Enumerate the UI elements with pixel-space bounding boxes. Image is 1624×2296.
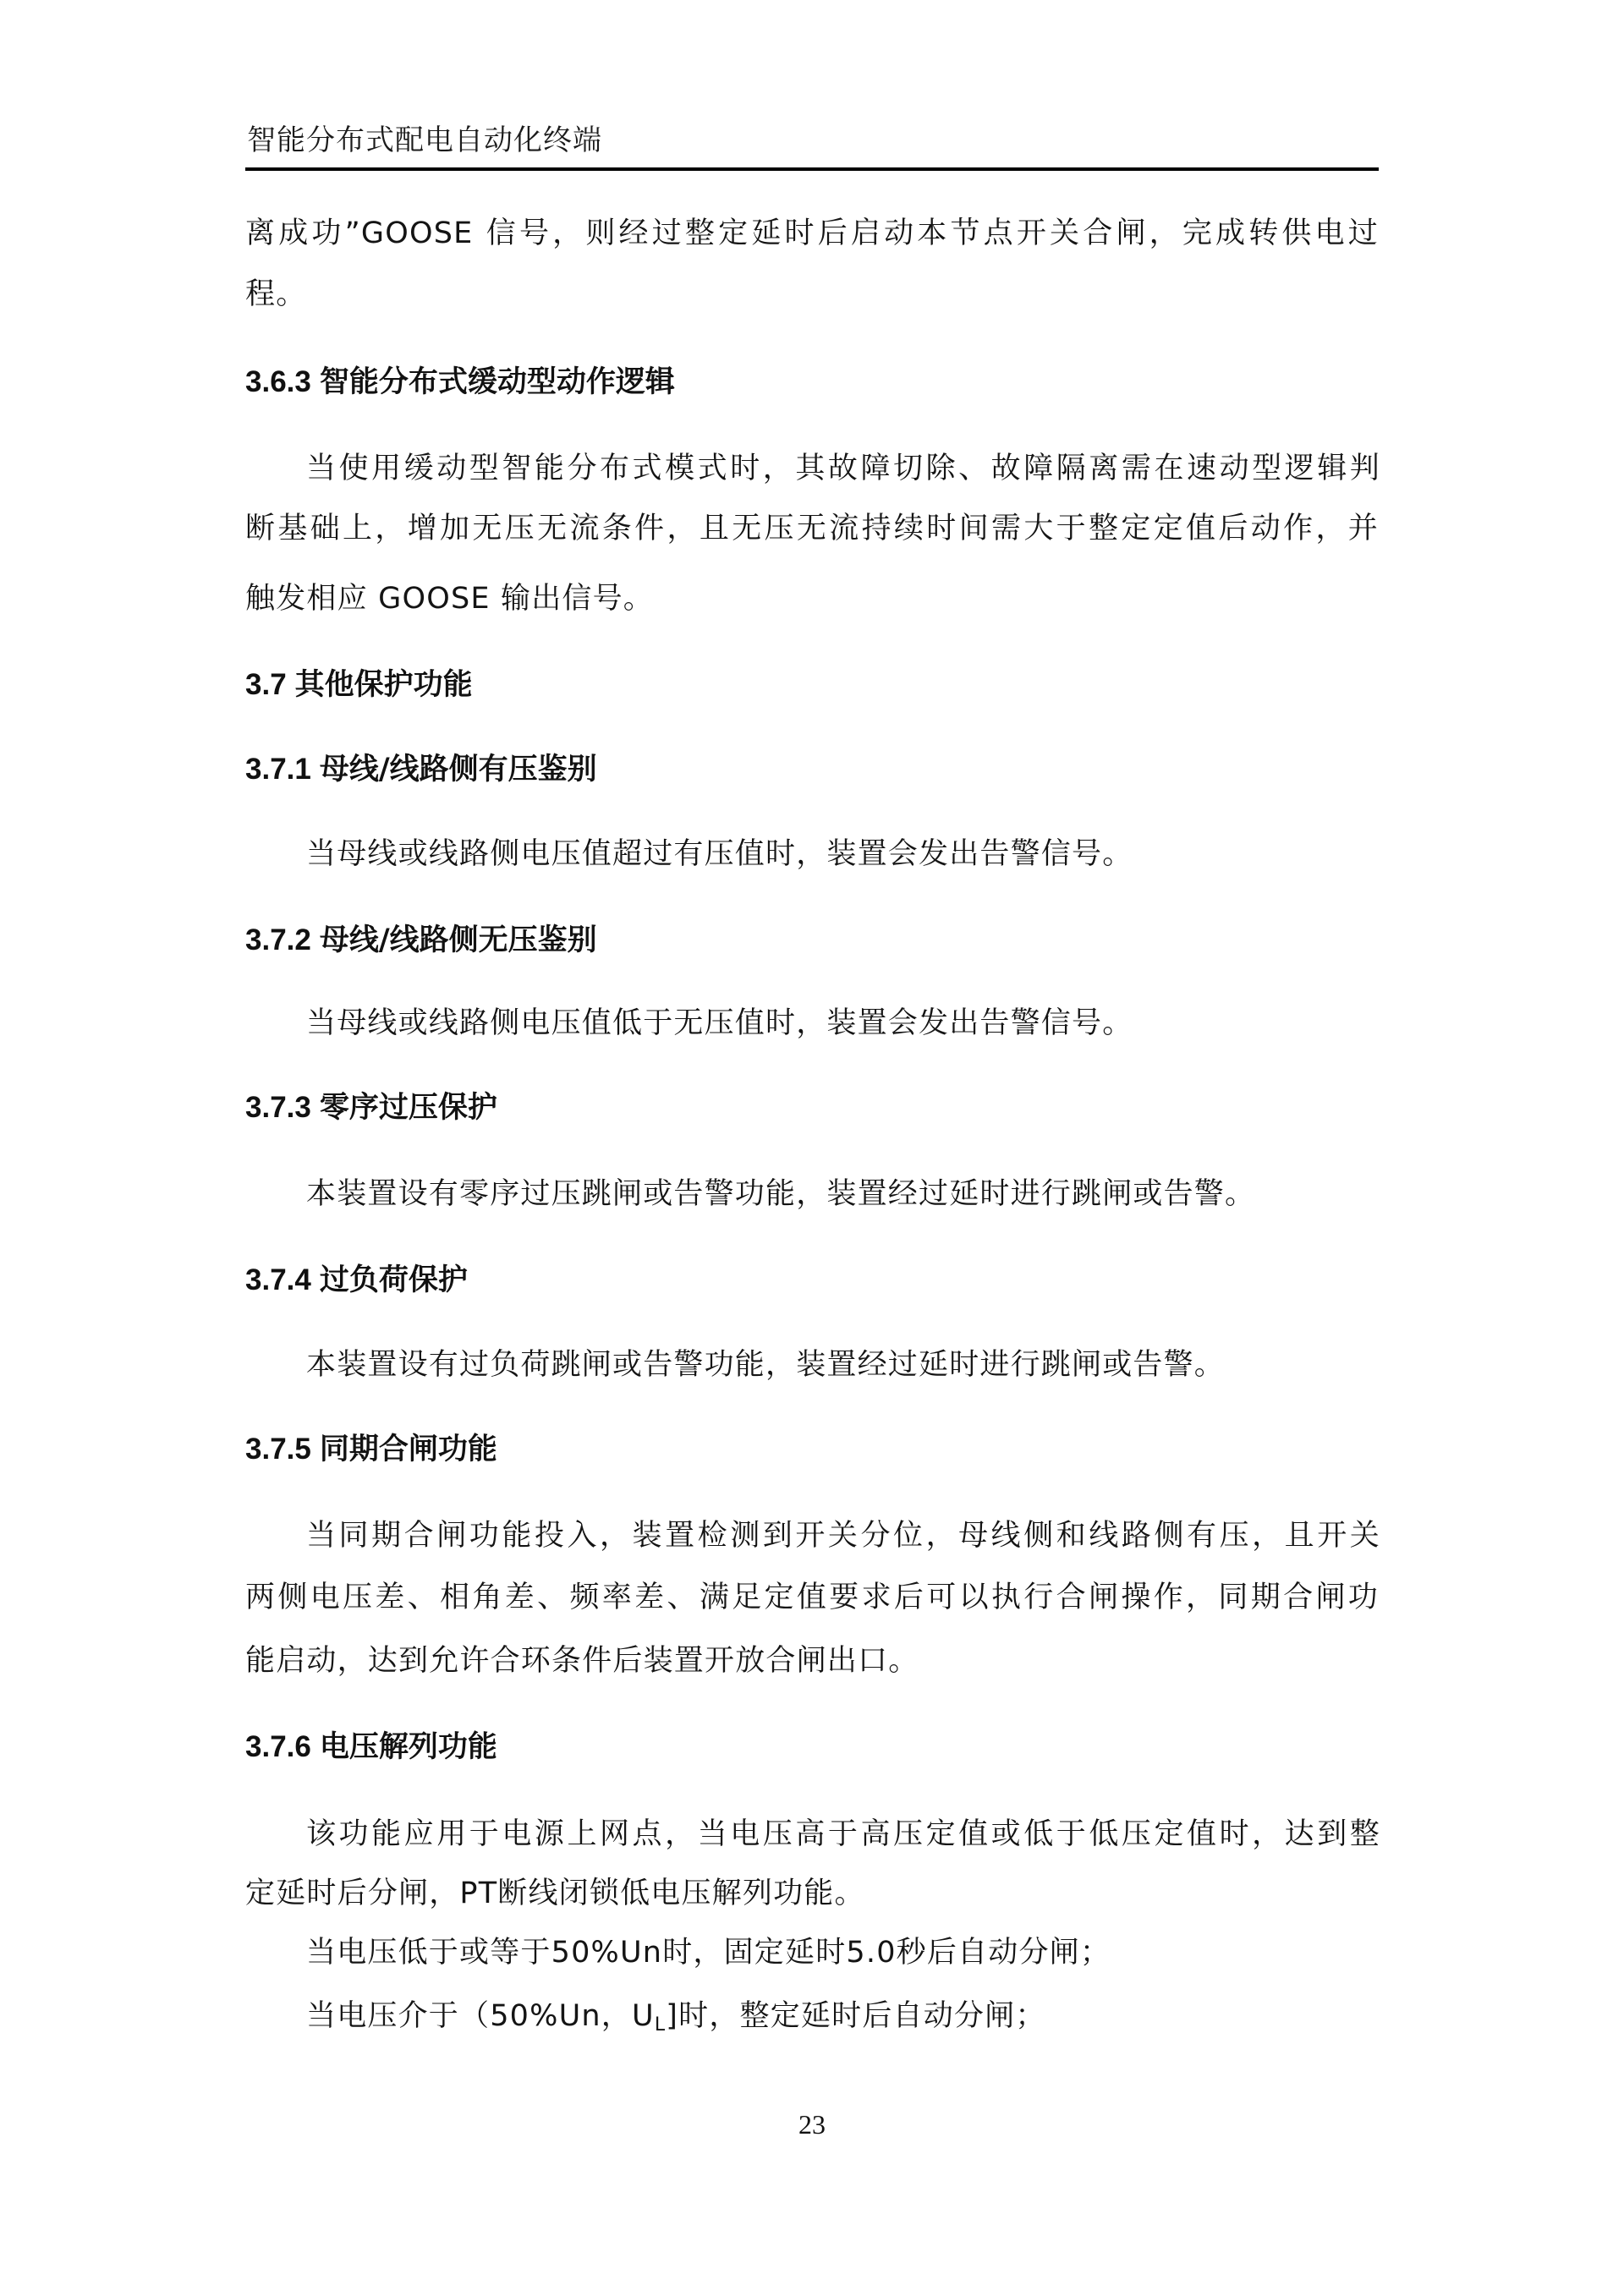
section-number: 3.7.2 [245,923,311,956]
paragraph-3-7-1: 当母线或线路侧电压值超过有压值时，装置会发出告警信号。 [306,830,1133,873]
section-number: 3.7.1 [245,753,311,786]
section-heading-3-7-2: 3.7.2母线/线路侧无压鉴别 [245,917,597,959]
section-number: 3.6.3 [245,365,311,398]
carryover-paragraph-line-1: 离成功”GOOSE 信号，则经过整定延时后启动本节点开关合闸，完成转供电过 [245,210,1379,252]
section-number: 3.7 [245,668,287,701]
section-title: 母线/线路侧无压鉴别 [320,923,597,957]
voltage-rule-1: 当电压低于或等于50%Un时，固定延时5.0秒后自动分闸； [306,1929,1111,1971]
header-divider [245,167,1379,171]
section-heading-3-7-1: 3.7.1母线/线路侧有压鉴别 [245,746,597,788]
section-number: 3.7.5 [245,1433,311,1466]
running-header-title: 智能分布式配电自动化终端 [247,117,602,158]
section-heading-3-7: 3.7其他保护功能 [245,661,473,704]
section-title: 智能分布式缓动型动作逻辑 [320,365,675,399]
paragraph-3-6-3-line-2: 断基础上，增加无压无流条件，且无压无流持续时间需大于整定定值后动作，并 [245,505,1379,547]
paragraph-3-7-6-line-2: 定延时后分闸，PT断线闭锁低电压解列功能。 [245,1870,865,1912]
paragraph-3-7-6-line-1: 该功能应用于电源上网点，当电压高于高压定值或低于低压定值时，达到整 [306,1811,1380,1853]
paragraph-3-7-5-line-3: 能启动，达到允许合环条件后装置开放合闸出口。 [245,1637,919,1680]
section-heading-3-6-3: 3.6.3智能分布式缓动型动作逻辑 [245,359,675,401]
voltage-subscript: L [655,2014,666,2036]
voltage-rule-2-prefix: 当电压介于（50%Un，U [306,1999,655,2033]
section-heading-3-7-5: 3.7.5同期合闸功能 [245,1426,497,1468]
section-title: 过负荷保护 [320,1263,468,1297]
paragraph-3-6-3-line-3: 触发相应 GOOSE 输出信号。 [245,575,654,617]
section-heading-3-7-6: 3.7.6电压解列功能 [245,1723,497,1766]
section-title: 母线/线路侧有压鉴别 [320,753,597,786]
paragraph-3-7-3: 本装置设有零序过压跳闸或告警功能，装置经过延时进行跳闸或告警。 [306,1170,1255,1213]
paragraph-3-7-4: 本装置设有过负荷跳闸或告警功能，装置经过延时进行跳闸或告警。 [306,1341,1225,1384]
paragraph-3-7-5-line-1: 当同期合闸功能投入，装置检测到开关分位，母线侧和线路侧有压，且开关 [306,1512,1380,1554]
paragraph-3-7-5-line-2: 两侧电压差、相角差、频率差、满足定值要求后可以执行合闸操作，同期合闸功 [245,1574,1379,1616]
section-heading-3-7-4: 3.7.4过负荷保护 [245,1257,468,1299]
section-title: 电压解列功能 [320,1730,497,1764]
voltage-rule-2-suffix: ]时，整定延时后自动分闸； [666,1999,1045,2033]
paragraph-3-7-2: 当母线或线路侧电压值低于无压值时，装置会发出告警信号。 [306,1000,1133,1042]
section-title: 同期合闸功能 [320,1433,497,1466]
paragraph-3-6-3-line-1: 当使用缓动型智能分布式模式时，其故障切除、故障隔离需在速动型逻辑判 [306,445,1380,487]
section-number: 3.7.4 [245,1263,311,1296]
section-heading-3-7-3: 3.7.3零序过压保护 [245,1084,497,1126]
section-title: 零序过压保护 [320,1091,497,1125]
voltage-rule-2: 当电压介于（50%Un，UL]时，整定延时后自动分闸； [306,1992,1046,2036]
carryover-paragraph-line-2: 程。 [245,271,306,313]
section-number: 3.7.3 [245,1091,311,1124]
page-number: 23 [0,2109,1624,2140]
section-number: 3.7.6 [245,1730,311,1763]
section-title: 其他保护功能 [295,668,473,702]
